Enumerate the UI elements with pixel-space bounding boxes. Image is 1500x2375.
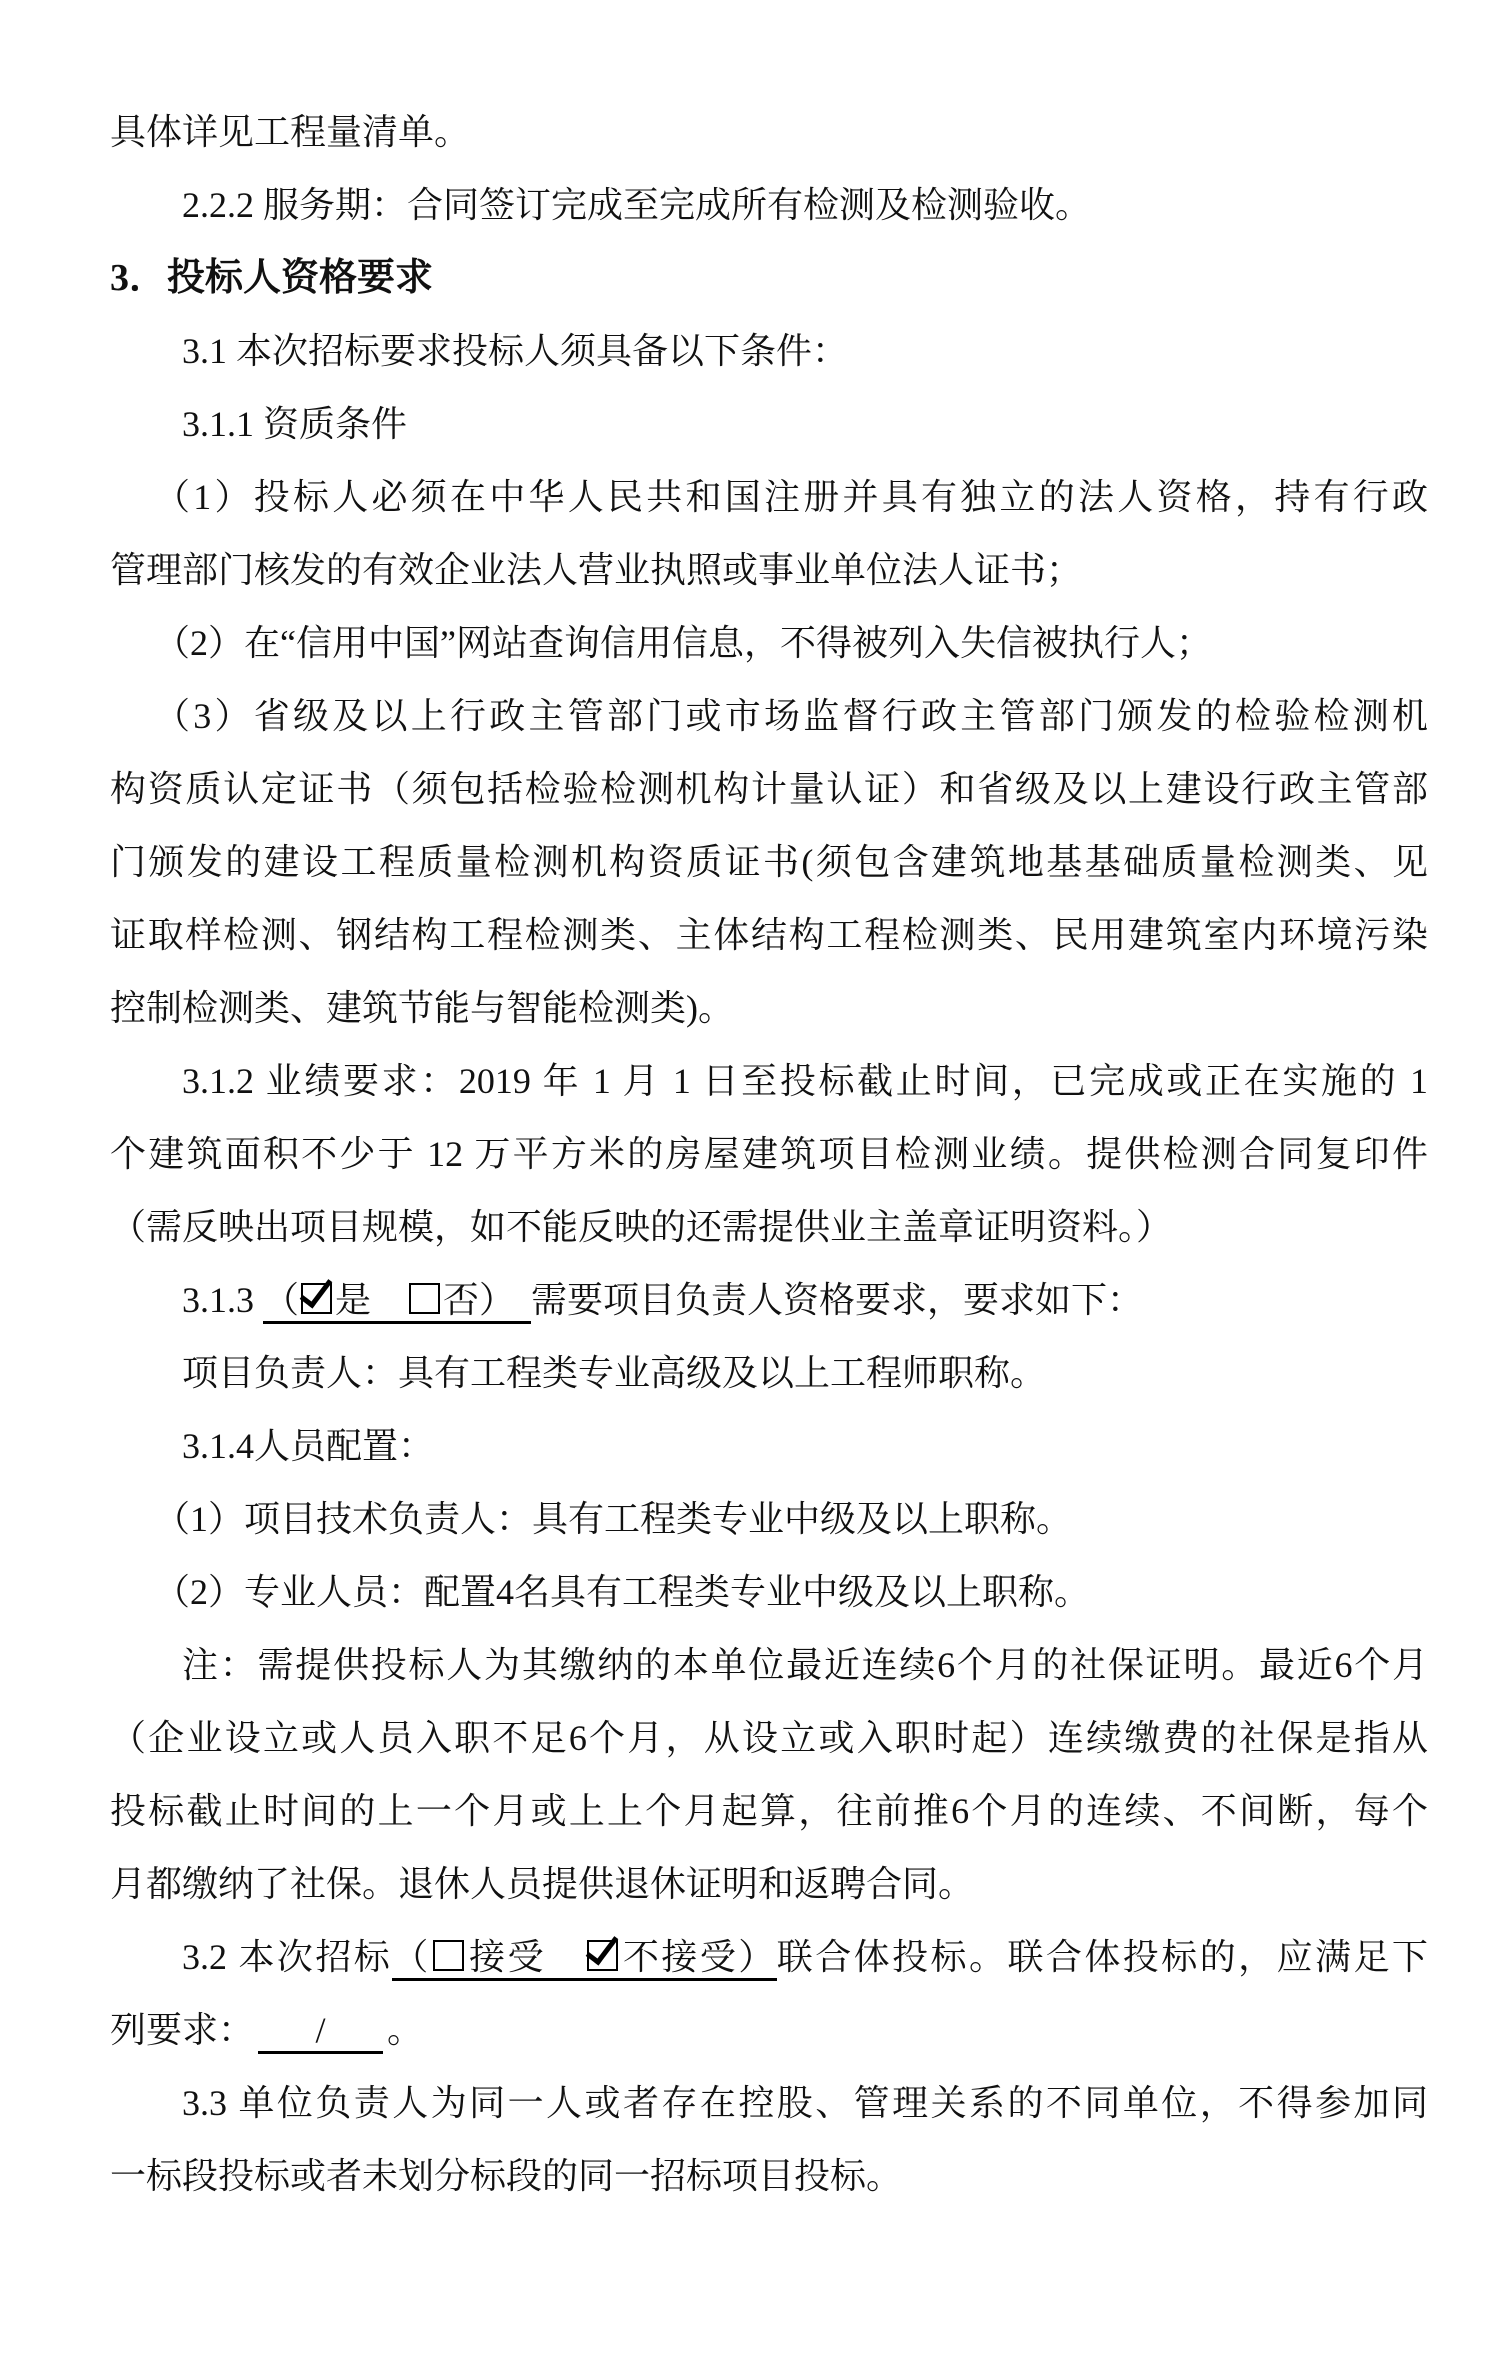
item-3-line-5: 控制检测类、建筑节能与智能检测类)。	[110, 972, 1428, 1045]
text-run: 不接受）	[621, 1937, 777, 1977]
checkbox-unchecked-icon	[433, 1940, 464, 1971]
note-social-security-line-3: 投标截止时间的上一个月或上上个月起算，往前推6个月的连续、不间断，每个	[110, 1775, 1428, 1848]
item-3-line-2: 构资质认定证书（须包括检验检测机构计量认证）和省级及以上建设行政主管部	[110, 753, 1428, 826]
item-3-line-1: （3）省级及以上行政主管部门或市场监督行政主管部门颁发的检验检测机	[110, 680, 1428, 753]
item-2-line-1: （2）在“信用中国”网站查询信用信息，不得被列入失信被执行人；	[110, 607, 1428, 680]
item-1-line-1: （1）投标人必须在中华人民共和国注册并具有独立的法人资格，持有行政	[110, 461, 1428, 534]
text-run: （	[263, 1280, 299, 1320]
document-page: { "page": { "background_color": "#ffffff…	[0, 0, 1500, 2375]
text-run: 是	[335, 1280, 407, 1320]
clause-3-3-line-1: 3.3 单位负责人为同一人或者存在控股、管理关系的不同单位，不得参加同	[110, 2067, 1428, 2140]
text-run: 3.2 本次招标	[182, 1937, 392, 1977]
checkbox-checked-icon	[587, 1940, 618, 1971]
item-1-line-2: 管理部门核发的有效企业法人营业执照或事业单位法人证书；	[110, 534, 1428, 607]
clause-3-2-consortium-line-1: 3.2 本次招标（接受 不接受）联合体投标。联合体投标的，应满足下	[110, 1921, 1428, 1994]
clause-3-1-2-line-3: （需反映出项目规模，如不能反映的还需提供业主盖章证明资料。）	[110, 1191, 1428, 1264]
text-run: 否）	[443, 1280, 515, 1320]
checkbox-checked-icon	[301, 1283, 332, 1314]
heading-3-bidder-qualification: 3．投标人资格要求	[110, 242, 1428, 315]
text-run: 列要求：	[110, 2010, 254, 2050]
checkbox-unchecked-icon	[409, 1283, 440, 1314]
note-social-security-line-4: 月都缴纳了社保。退休人员提供退休证明和返聘合同。	[110, 1848, 1428, 1921]
underlined-option-group: （接受 不接受）	[392, 1937, 777, 1981]
text-run: 3.1.3	[182, 1280, 263, 1320]
document-body: 具体详见工程量清单。2.2.2 服务期：合同签订完成至完成所有检测及检测验收。3…	[110, 96, 1428, 2213]
item-3-line-4: 证取样检测、钢结构工程检测类、主体结构工程检测类、民用建筑室内环境污染	[110, 899, 1428, 972]
blank-underline-field: /	[258, 2009, 383, 2054]
text-run: 需要项目负责人资格要求，要求如下：	[531, 1280, 1143, 1320]
item-3-line-3: 门颁发的建设工程质量检测机构资质证书(须包含建筑地基基础质量检测类、见	[110, 826, 1428, 899]
underlined-option-group: （是 否）	[263, 1280, 531, 1324]
clause-3-1-3-checkbox-line: 3.1.3 （是 否）需要项目负责人资格要求，要求如下：	[110, 1264, 1428, 1337]
staff-item-1: （1）项目技术负责人：具有工程类专业中级及以上职称。	[110, 1483, 1428, 1556]
clause-3-3-line-2: 一标段投标或者未划分标段的同一招标项目投标。	[110, 2140, 1428, 2213]
clause-2-2-2-service-period: 2.2.2 服务期：合同签订完成至完成所有检测及检测验收。	[110, 169, 1428, 242]
clause-3-1-4-title: 3.1.4人员配置：	[110, 1410, 1428, 1483]
clause-3-2-consortium-line-2: 列要求：/。	[110, 1994, 1428, 2067]
clause-3-1-1-title: 3.1.1 资质条件	[110, 388, 1428, 461]
text-run: 。	[387, 2010, 423, 2050]
staff-item-2: （2）专业人员：配置4名具有工程类专业中级及以上职称。	[110, 1556, 1428, 1629]
clause-3-1-2-line-1: 3.1.2 业绩要求：2019 年 1 月 1 日至投标截止时间，已完成或正在实…	[110, 1045, 1428, 1118]
text-run: 联合体投标。联合体投标的，应满足下	[777, 1937, 1428, 1977]
note-social-security-line-1: 注：需提供投标人为其缴纳的本单位最近连续6个月的社保证明。最近6个月	[110, 1629, 1428, 1702]
project-leader-requirement: 项目负责人：具有工程类专业高级及以上工程师职称。	[110, 1337, 1428, 1410]
note-social-security-line-2: （企业设立或人员入职不足6个月，从设立或入职时起）连续缴费的社保是指从	[110, 1702, 1428, 1775]
para-detail-note: 具体详见工程量清单。	[110, 96, 1428, 169]
text-run: （	[392, 1937, 430, 1977]
clause-3-1-2-line-2: 个建筑面积不少于 12 万平方米的房屋建筑项目检测业绩。提供检测合同复印件	[110, 1118, 1428, 1191]
clause-3-1-intro: 3.1 本次招标要求投标人须具备以下条件：	[110, 315, 1428, 388]
text-run: 接受	[467, 1937, 585, 1977]
